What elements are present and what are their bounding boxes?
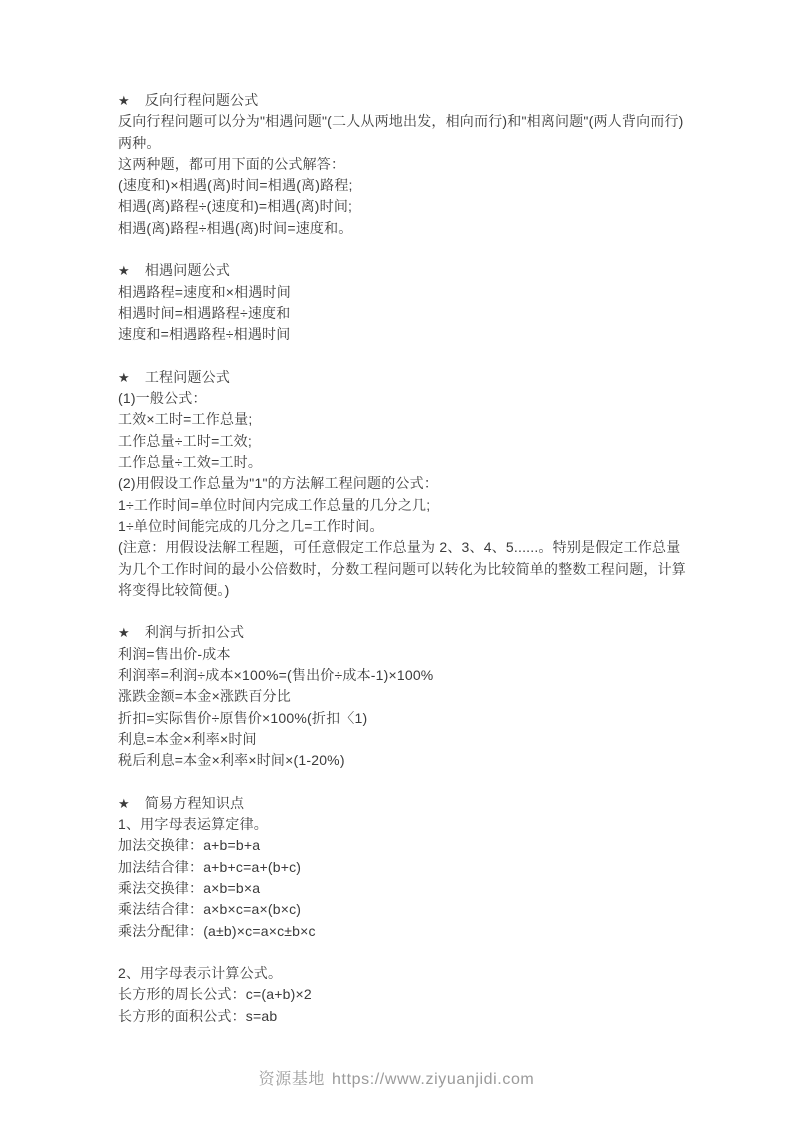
- section-lines: 相遇路程=速度和×相遇时间相遇时间=相遇路程÷速度和速度和=相遇路程÷相遇时间: [118, 282, 683, 346]
- section-heading: ★相遇问题公式: [118, 260, 683, 281]
- formula-section: ★工程问题公式 (1)一般公式：工效×工时=工作总量;工作总量÷工时=工效;工作…: [118, 367, 683, 601]
- document-content: ★反向行程问题公式 反向行程问题可以分为"相遇问题"(二人从两地出发，相向而行)…: [118, 90, 683, 1048]
- formula-section: ★反向行程问题公式 反向行程问题可以分为"相遇问题"(二人从两地出发，相向而行)…: [118, 90, 683, 239]
- text-line: 利息=本金×利率×时间: [118, 729, 683, 750]
- section-heading: ★利润与折扣公式: [118, 622, 683, 643]
- text-line: 长方形的周长公式：c=(a+b)×2: [118, 984, 683, 1005]
- footer-url: https://www.ziyuanjidi.com: [332, 1071, 534, 1088]
- text-line: 利润=售出价-成本: [118, 644, 683, 665]
- text-line: (注意：用假设法解工程题，可任意假定工作总量为 2、3、4、5......。特别…: [118, 537, 683, 558]
- section-lines: 反向行程问题可以分为"相遇问题"(二人从两地出发，相向而行)和"相离问题"(两人…: [118, 111, 683, 239]
- text-line: 这两种题，都可用下面的公式解答：: [118, 154, 683, 175]
- text-line: 折扣=实际售价÷原售价×100%(折扣〈1): [118, 708, 683, 729]
- text-line: 1÷单位时间能完成的几分之几=工作时间。: [118, 516, 683, 537]
- formula-section: 2、用字母表示计算公式。长方形的周长公式：c=(a+b)×2长方形的面积公式：s…: [118, 963, 683, 1027]
- text-line: 相遇时间=相遇路程÷速度和: [118, 303, 683, 324]
- footer-site-name: 资源基地: [259, 1071, 325, 1088]
- text-line: 速度和=相遇路程÷相遇时间: [118, 324, 683, 345]
- section-title: 简易方程知识点: [145, 795, 244, 811]
- star-icon: ★: [118, 793, 130, 814]
- text-line: 工作总量÷工时=工效;: [118, 431, 683, 452]
- text-line: 乘法交换律：a×b=b×a: [118, 878, 683, 899]
- section-title: 工程问题公式: [145, 369, 230, 385]
- footer-watermark-link[interactable]: 资源基地https://www.ziyuanjidi.com: [259, 1071, 535, 1088]
- section-lines: 1、用字母表运算定律。加法交换律：a+b=b+a加法结合律：a+b+c=a+(b…: [118, 814, 683, 942]
- star-icon: ★: [118, 260, 130, 281]
- text-line: (1)一般公式：: [118, 388, 683, 409]
- section-title: 相遇问题公式: [145, 262, 230, 278]
- page-footer: 资源基地https://www.ziyuanjidi.com: [0, 1066, 793, 1089]
- text-line: 税后利息=本金×利率×时间×(1-20%): [118, 750, 683, 771]
- text-line: 利润率=利润÷成本×100%=(售出价÷成本-1)×100%: [118, 665, 683, 686]
- formula-section: ★利润与折扣公式 利润=售出价-成本利润率=利润÷成本×100%=(售出价÷成本…: [118, 622, 683, 771]
- text-line: 涨跌金额=本金×涨跌百分比: [118, 686, 683, 707]
- text-line: 相遇(离)路程÷(速度和)=相遇(离)时间;: [118, 196, 683, 217]
- text-line: 2、用字母表示计算公式。: [118, 963, 683, 984]
- section-title: 反向行程问题公式: [145, 92, 259, 108]
- text-line: 工效×工时=工作总量;: [118, 409, 683, 430]
- text-line: 相遇路程=速度和×相遇时间: [118, 282, 683, 303]
- text-line: 工作总量÷工效=工时。: [118, 452, 683, 473]
- section-lines: 利润=售出价-成本利润率=利润÷成本×100%=(售出价÷成本-1)×100%涨…: [118, 644, 683, 772]
- text-line: 长方形的面积公式：s=ab: [118, 1006, 683, 1027]
- formula-section: ★简易方程知识点 1、用字母表运算定律。加法交换律：a+b=b+a加法结合律：a…: [118, 793, 683, 942]
- section-lines: 2、用字母表示计算公式。长方形的周长公式：c=(a+b)×2长方形的面积公式：s…: [118, 963, 683, 1027]
- text-line: 将变得比较简便。): [118, 580, 683, 601]
- text-line: 反向行程问题可以分为"相遇问题"(二人从两地出发，相向而行)和"相离问题"(两人…: [118, 111, 683, 132]
- star-icon: ★: [118, 90, 130, 111]
- text-line: 相遇(离)路程÷相遇(离)时间=速度和。: [118, 218, 683, 239]
- section-heading: ★反向行程问题公式: [118, 90, 683, 111]
- text-line: 加法结合律：a+b+c=a+(b+c): [118, 857, 683, 878]
- text-line: (2)用假设工作总量为"1"的方法解工程问题的公式：: [118, 473, 683, 494]
- document-page: ★反向行程问题公式 反向行程问题可以分为"相遇问题"(二人从两地出发，相向而行)…: [0, 0, 793, 1122]
- text-line: (速度和)×相遇(离)时间=相遇(离)路程;: [118, 175, 683, 196]
- section-heading: ★工程问题公式: [118, 367, 683, 388]
- text-line: 为几个工作时间的最小公倍数时，分数工程问题可以转化为比较简单的整数工程问题，计算: [118, 559, 683, 580]
- text-line: 加法交换律：a+b=b+a: [118, 835, 683, 856]
- star-icon: ★: [118, 622, 130, 643]
- section-lines: (1)一般公式：工效×工时=工作总量;工作总量÷工时=工效;工作总量÷工效=工时…: [118, 388, 683, 601]
- formula-section: ★相遇问题公式 相遇路程=速度和×相遇时间相遇时间=相遇路程÷速度和速度和=相遇…: [118, 260, 683, 345]
- text-line: 乘法分配律：(a±b)×c=a×c±b×c: [118, 921, 683, 942]
- text-line: 两种。: [118, 133, 683, 154]
- text-line: 乘法结合律：a×b×c=a×(b×c): [118, 899, 683, 920]
- section-heading: ★简易方程知识点: [118, 793, 683, 814]
- text-line: 1、用字母表运算定律。: [118, 814, 683, 835]
- star-icon: ★: [118, 367, 130, 388]
- section-title: 利润与折扣公式: [145, 624, 244, 640]
- text-line: 1÷工作时间=单位时间内完成工作总量的几分之几;: [118, 495, 683, 516]
